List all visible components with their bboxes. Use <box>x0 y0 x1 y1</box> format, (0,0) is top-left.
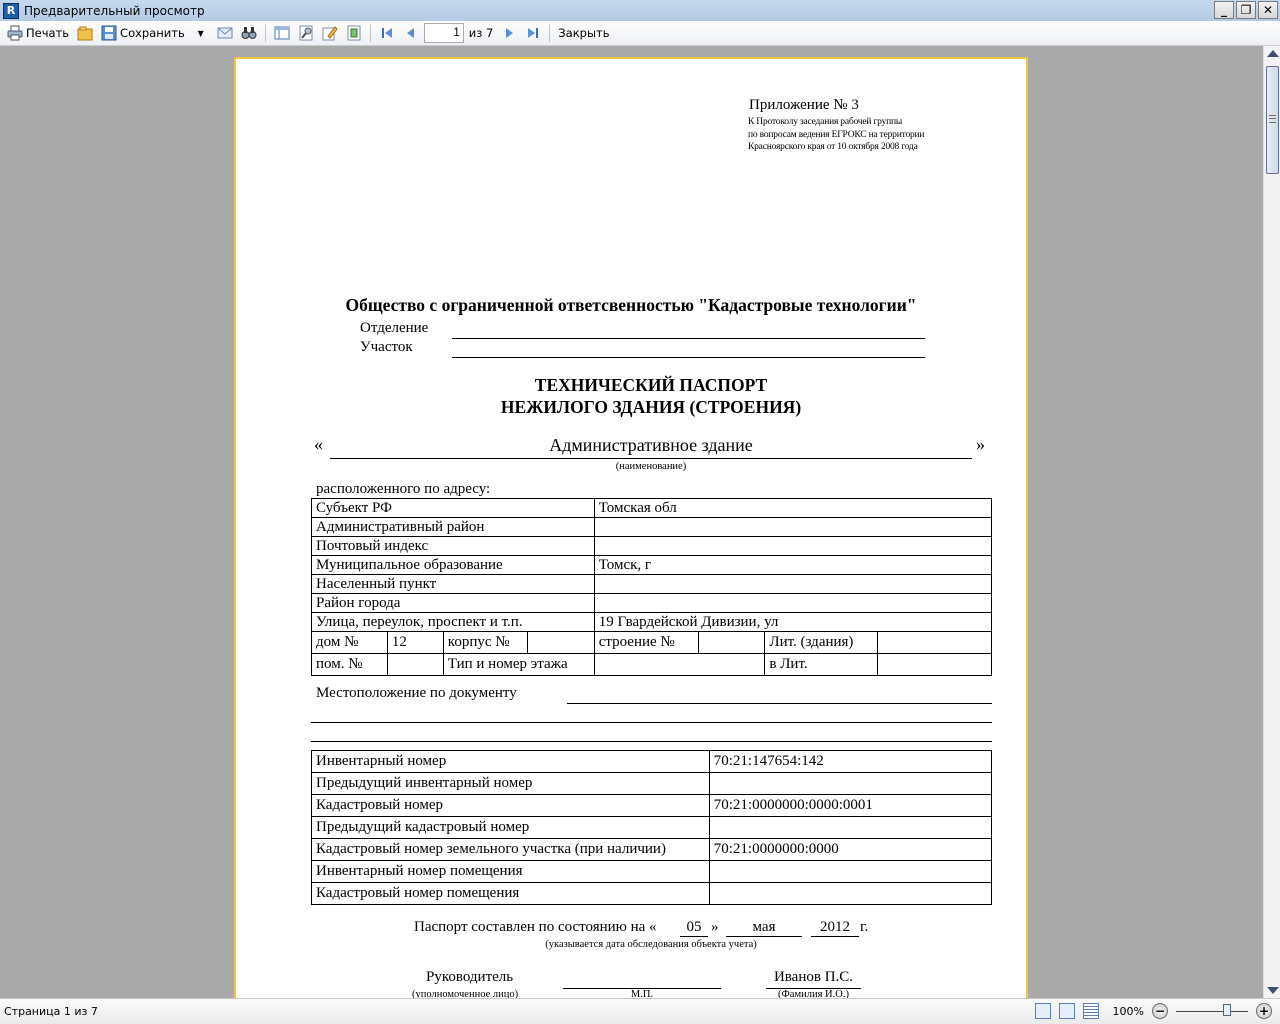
save-label: Сохранить <box>120 26 185 40</box>
status-bar: Страница 1 из 7 100% − + <box>0 998 1280 1024</box>
document-page: Приложение № 3 К Протоколу заседания раб… <box>234 57 1028 998</box>
close-window-button[interactable]: ✕ <box>1258 1 1278 19</box>
row-label: Почтовый индекс <box>312 537 595 556</box>
address-intro: расположенного по адресу: <box>316 481 490 498</box>
date-day: 05 <box>680 919 708 937</box>
title-bar: R Предварительный просмотр _ ❐ ✕ <box>0 0 1280 21</box>
table-row: Почтовый индекс <box>312 537 992 556</box>
page-width-icon[interactable] <box>1035 1003 1051 1019</box>
heading-line-2: НЕЖИЛОГО ЗДАНИЯ (СТРОЕНИЯ) <box>236 397 1066 418</box>
row-label: Инвентарный номер помещения <box>312 861 710 883</box>
close-icon: ✕ <box>1263 3 1273 17</box>
open-button[interactable] <box>74 23 96 44</box>
room-label: пом. № <box>312 654 388 676</box>
last-page-button[interactable] <box>522 23 544 44</box>
row-value: 70:21:0000000:0000 <box>709 839 991 861</box>
parameters-icon <box>298 25 314 41</box>
next-page-button[interactable] <box>498 23 520 44</box>
row-label: Административный район <box>312 518 595 537</box>
signature-role-caption: (уполномоченное лицо) <box>412 989 518 998</box>
grip-icon <box>1269 115 1276 123</box>
date-mid: » <box>711 919 719 936</box>
appendix-title: Приложение № 3 <box>749 97 859 114</box>
building-number-value <box>698 632 765 654</box>
table-row: Муниципальное образованиеТомск, г <box>312 556 992 575</box>
corpus-label: корпус № <box>443 632 527 654</box>
table-row: Административный район <box>312 518 992 537</box>
zoom-out-icon[interactable]: − <box>1152 1003 1168 1019</box>
row-value: Томская обл <box>594 499 991 518</box>
inlit-label: в Лит. <box>765 654 878 676</box>
location-field <box>567 687 992 704</box>
appendix-line-2: по вопросам ведения ЕГРОКС на территории <box>748 129 924 142</box>
thumbnails-icon <box>346 25 362 41</box>
scroll-thumb[interactable] <box>1266 66 1279 174</box>
room-value <box>387 654 443 676</box>
open-icon <box>77 25 93 41</box>
row-value <box>709 773 991 795</box>
page-number-input[interactable] <box>424 23 464 43</box>
table-row: Населенный пункт <box>312 575 992 594</box>
multi-page-icon[interactable] <box>1083 1003 1099 1019</box>
table-row: Кадастровый номер земельного участка (пр… <box>312 839 992 861</box>
house-label: дом № <box>312 632 388 654</box>
house-value: 12 <box>387 632 443 654</box>
thumbnails-button[interactable] <box>343 23 365 44</box>
row-label: Кадастровый номер земельного участка (пр… <box>312 839 710 861</box>
row-value: Томск, г <box>594 556 991 575</box>
signature-name-caption: (Фамилия И.О.) <box>766 989 861 998</box>
row-label: Кадастровый номер помещения <box>312 883 710 905</box>
prev-page-icon <box>403 25 419 41</box>
toolbar-separator <box>265 24 266 42</box>
edit-button[interactable] <box>319 23 341 44</box>
row-label: Предыдущий инвентарный номер <box>312 773 710 795</box>
minimize-icon: _ <box>1221 3 1227 17</box>
table-row: Субъект РФТомская обл <box>312 499 992 518</box>
row-label: Субъект РФ <box>312 499 595 518</box>
email-icon <box>217 25 233 41</box>
page-count-label: из 7 <box>466 23 497 44</box>
house-table: дом № 12 корпус № строение № Лит. (здани… <box>311 631 992 676</box>
row-label: Улица, переулок, проспект и т.п. <box>312 613 595 632</box>
first-page-button[interactable] <box>376 23 398 44</box>
scroll-up-icon[interactable] <box>1267 50 1279 57</box>
zoom-in-icon[interactable]: + <box>1256 1003 1272 1019</box>
save-icon <box>101 25 117 41</box>
window-title: Предварительный просмотр <box>24 4 205 18</box>
prev-page-button[interactable] <box>400 23 422 44</box>
floor-label: Тип и номер этажа <box>443 654 594 676</box>
save-button[interactable]: Сохранить <box>98 23 188 44</box>
single-page-icon[interactable] <box>1059 1003 1075 1019</box>
close-preview-button[interactable]: Закрыть <box>555 23 612 44</box>
date-month: мая <box>726 919 802 937</box>
appendix-note: К Протоколу заседания рабочей группы по … <box>748 116 924 154</box>
table-row: Предыдущий инвентарный номер <box>312 773 992 795</box>
page-status: Страница 1 из 7 <box>4 1005 98 1018</box>
appendix-line-3: Красноярского края от 10 октября 2008 го… <box>748 141 924 154</box>
row-label: Район города <box>312 594 595 613</box>
outline-button[interactable] <box>271 23 293 44</box>
row-label: Населенный пункт <box>312 575 595 594</box>
row-value <box>594 575 991 594</box>
row-label: Инвентарный номер <box>312 751 710 773</box>
edit-icon <box>322 25 338 41</box>
parameters-button[interactable] <box>295 23 317 44</box>
building-name-caption: (наименование) <box>330 461 972 472</box>
location-line-3 <box>311 725 992 742</box>
section-label: Участок <box>360 339 413 356</box>
vertical-scrollbar[interactable] <box>1263 46 1280 998</box>
row-label: Предыдущий кадастровый номер <box>312 817 710 839</box>
print-button[interactable]: Печать <box>4 23 72 44</box>
row-value: 70:21:0000000:0000:0001 <box>709 795 991 817</box>
minimize-button[interactable]: _ <box>1214 1 1234 19</box>
address-table: Субъект РФТомская облАдминистративный ра… <box>311 498 992 632</box>
date-year: 2012 <box>811 919 859 937</box>
row-label: Кадастровый номер <box>312 795 710 817</box>
quote-close: » <box>976 434 985 455</box>
toolbar-separator <box>370 24 371 42</box>
row-value <box>594 537 991 556</box>
table-row: Инвентарный номер70:21:147654:142 <box>312 751 992 773</box>
table-row: Район города <box>312 594 992 613</box>
date-caption: (указывается дата обследования объекта у… <box>396 939 906 950</box>
lit-label: Лит. (здания) <box>765 632 878 654</box>
corpus-value <box>527 632 594 654</box>
table-row: Кадастровый номер помещения <box>312 883 992 905</box>
row-label: Муниципальное образование <box>312 556 595 575</box>
zoom-level: 100% <box>1113 1005 1144 1018</box>
table-row: Предыдущий кадастровый номер <box>312 817 992 839</box>
row-value: 70:21:147654:142 <box>709 751 991 773</box>
building-name: Административное здание <box>330 435 972 456</box>
last-page-icon <box>525 25 541 41</box>
email-button[interactable] <box>214 23 236 44</box>
section-field <box>452 341 925 358</box>
toolbar-separator <box>549 24 550 42</box>
location-label: Местоположение по документу <box>316 685 517 702</box>
inlit-value <box>878 654 992 676</box>
first-page-icon <box>379 25 395 41</box>
signature-role: Руководитель <box>426 969 513 986</box>
printer-icon <box>7 25 23 41</box>
restore-button[interactable]: ❐ <box>1236 1 1256 19</box>
organization-name: Общество с ограниченной ответсвенностью … <box>236 295 1026 316</box>
zoom-slider[interactable] <box>1176 1011 1248 1012</box>
appendix-line-1: К Протоколу заседания рабочей группы <box>748 116 924 129</box>
row-value <box>594 594 991 613</box>
table-row: Инвентарный номер помещения <box>312 861 992 883</box>
quote-open: « <box>314 434 323 455</box>
department-label: Отделение <box>360 320 428 337</box>
save-dropdown-button[interactable]: ▼ <box>190 23 212 44</box>
date-prefix: Паспорт составлен по состоянию на « <box>414 919 657 936</box>
building-number-label: строение № <box>594 632 698 654</box>
room-row: пом. № Тип и номер этажа в Лит. <box>312 654 992 676</box>
find-icon <box>241 25 257 41</box>
table-row: Кадастровый номер70:21:0000000:0000:0001 <box>312 795 992 817</box>
location-line-2 <box>311 706 992 723</box>
signature-field <box>563 971 721 989</box>
house-row: дом № 12 корпус № строение № Лит. (здани… <box>312 632 992 654</box>
print-label: Печать <box>26 26 69 40</box>
date-suffix: г. <box>860 919 868 936</box>
table-row: Улица, переулок, проспект и т.п.19 Гвард… <box>312 613 992 632</box>
lit-value <box>878 632 992 654</box>
heading-line-1: ТЕХНИЧЕСКИЙ ПАСПОРТ <box>236 375 1066 396</box>
scroll-down-icon[interactable] <box>1267 987 1279 994</box>
row-value <box>709 883 991 905</box>
numbers-table: Инвентарный номер70:21:147654:142Предыду… <box>311 750 992 905</box>
row-value <box>709 861 991 883</box>
dropdown-icon: ▼ <box>193 25 209 41</box>
stamp-label: М.П. <box>563 989 721 998</box>
toolbar: Печать Сохранить ▼ <box>0 21 1280 46</box>
find-button[interactable] <box>238 23 260 44</box>
zoom-slider-handle[interactable] <box>1223 1004 1231 1016</box>
row-value <box>709 817 991 839</box>
floor-value <box>594 654 765 676</box>
outline-icon <box>274 25 290 41</box>
department-field <box>452 322 925 339</box>
preview-viewport[interactable]: Приложение № 3 К Протоколу заседания раб… <box>0 46 1263 998</box>
row-value: 19 Гвардейской Дивизии, ул <box>594 613 991 632</box>
row-value <box>594 518 991 537</box>
next-page-icon <box>501 25 517 41</box>
signature-name: Иванов П.С. <box>766 969 861 989</box>
restore-icon: ❐ <box>1241 3 1252 17</box>
app-icon: R <box>3 3 19 19</box>
